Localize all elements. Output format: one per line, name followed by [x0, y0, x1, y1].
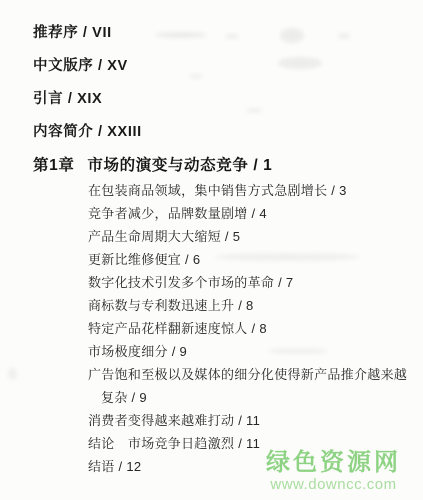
chapter-heading: 第1章市场的演变与动态竞争 / 1 [33, 157, 272, 175]
toc-entry: 在包装商品领域，集中销售方式急剧增长 / 3 [88, 184, 413, 198]
toc-page: 推荐序 / VII中文版序 / XV引言 / XIX内容简介 / XXIII 第… [0, 0, 423, 500]
chapter-title: 市场的演变与动态竞争 / 1 [87, 157, 272, 174]
toc-entry: 特定产品花样翻新速度惊人 / 8 [88, 322, 413, 336]
toc-entry: 竞争者减少，品牌数量剧增 / 4 [88, 207, 413, 221]
scan-artifact [225, 34, 239, 39]
front-matter-item: 推荐序 / VII [33, 25, 142, 42]
front-matter-item: 中文版序 / XV [33, 58, 142, 75]
toc-entry: 市场极度细分 / 9 [88, 345, 413, 359]
scan-artifact [155, 32, 207, 38]
scan-artifact [280, 28, 304, 43]
scan-artifact [190, 74, 202, 79]
toc-entry: 更新比维修便宜 / 6 [88, 253, 413, 267]
chapter-number: 第1章 [33, 157, 74, 174]
watermark-url: www.downcc.com [266, 477, 401, 492]
toc-entry: 数字化技术引发多个市场的革命 / 7 [88, 276, 413, 290]
toc-entry: 广告饱和至极以及媒体的细分化使得新产品推介越来越 [88, 368, 413, 382]
front-matter-item: 内容简介 / XXIII [33, 124, 142, 141]
scan-artifact [246, 108, 262, 113]
watermark: 绿色资源网 www.downcc.com [266, 451, 401, 492]
scan-artifact [338, 33, 350, 39]
toc-entry-continuation: 复杂 / 9 [88, 391, 413, 405]
toc-entry: 商标数与专利数迅速上升 / 8 [88, 299, 413, 313]
toc-entry: 产品生命周期大大缩短 / 5 [88, 230, 413, 244]
toc-entry: 消费者变得越来越难打动 / 11 [88, 414, 413, 428]
watermark-site-name: 绿色资源网 [266, 451, 401, 475]
scan-artifact [278, 57, 322, 69]
scan-artifact [8, 368, 17, 380]
front-matter-item: 引言 / XIX [33, 91, 142, 108]
front-matter-list: 推荐序 / VII中文版序 / XV引言 / XIX内容简介 / XXIII [33, 25, 142, 157]
chapter-entry-list: 在包装商品领域，集中销售方式急剧增长 / 3竞争者减少，品牌数量剧增 / 4产品… [88, 184, 413, 483]
